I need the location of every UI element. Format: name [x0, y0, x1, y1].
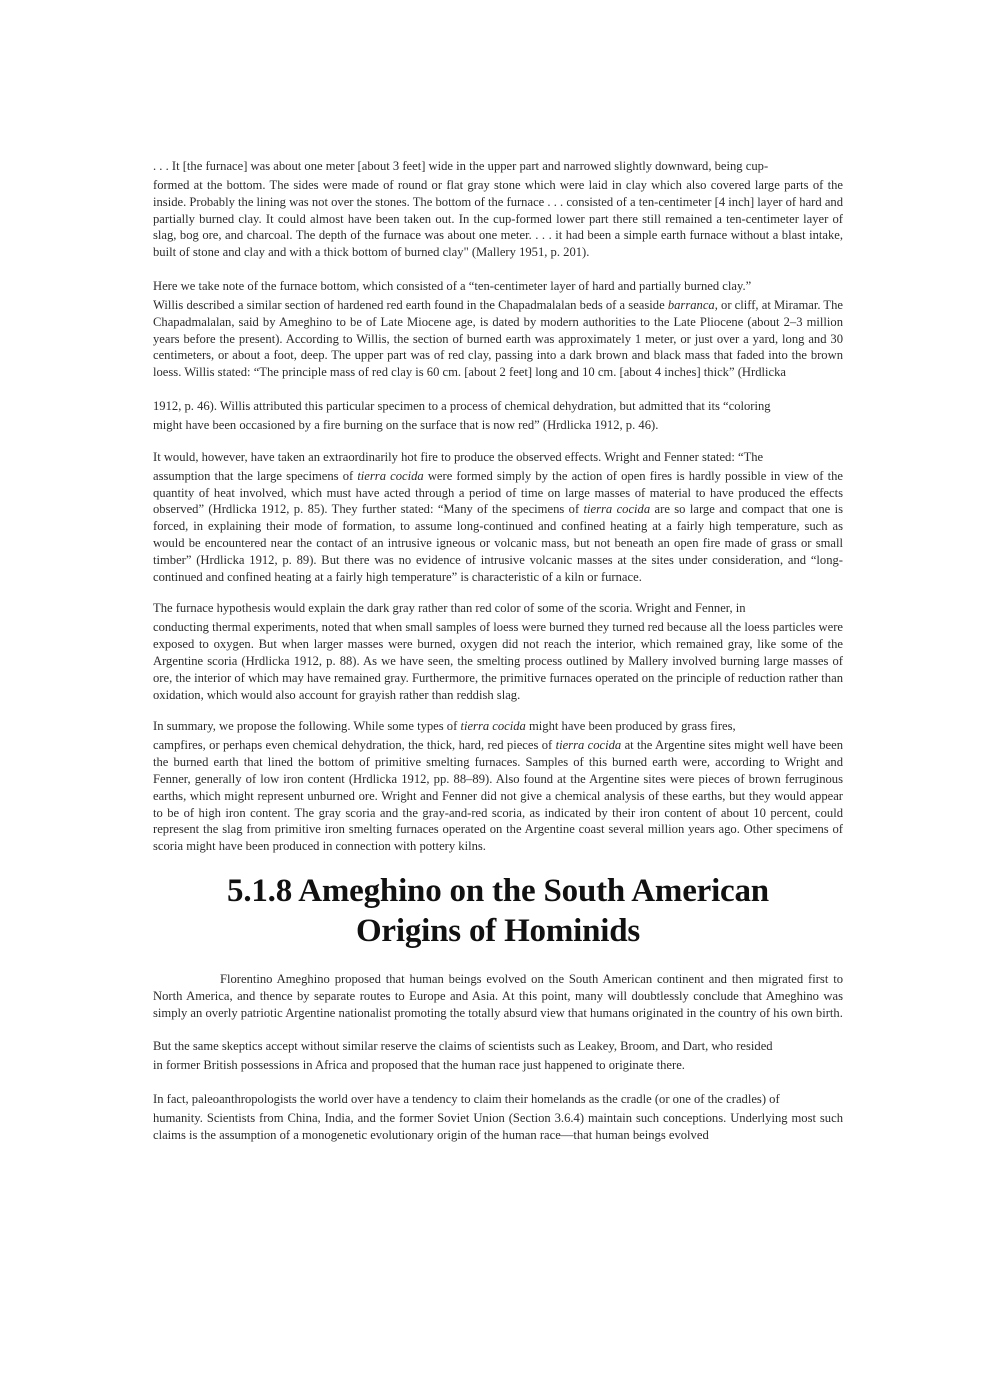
italic-term: barranca: [668, 298, 715, 312]
paragraph-lead-line: It would, however, have taken an extraor…: [153, 446, 843, 468]
paragraph-body: might have been occasioned by a fire bur…: [153, 418, 658, 432]
paragraph-body: assumption that the large specimens of: [153, 469, 357, 483]
italic-term: tierra cocida: [556, 738, 622, 752]
italic-term: tierra cocida: [460, 719, 525, 733]
paragraph-lead-line: 1912, p. 46). Willis attributed this par…: [153, 395, 843, 417]
paragraph-willis-continued: 1912, p. 46). Willis attributed this par…: [153, 395, 843, 434]
paragraph-lead-line: . . . It [the furnace] was about one met…: [153, 155, 843, 177]
section-heading: 5.1.8 Ameghino on the South American Ori…: [153, 871, 843, 951]
paragraph-wright-fenner: It would, however, have taken an extraor…: [153, 446, 843, 586]
section-heading-line-1: 5.1.8 Ameghino on the South American: [227, 873, 769, 909]
paragraph-lead-line: Here we take note of the furnace bottom,…: [153, 275, 843, 297]
paragraph-skeptics: But the same skeptics accept without sim…: [153, 1035, 843, 1074]
paragraph-lead-line: In summary, we propose the following. Wh…: [153, 715, 843, 737]
paragraph-body: formed at the bottom. The sides were mad…: [153, 178, 843, 259]
paragraph-ameghino-intro: Florentino Ameghino proposed that human …: [153, 971, 843, 1021]
paragraph-lead-line: The furnace hypothesis would explain the…: [153, 597, 843, 619]
paragraph-summary: In summary, we propose the following. Wh…: [153, 715, 843, 855]
section-heading-line-2: Origins of Hominids: [356, 913, 640, 949]
paragraph-body: campfires, or perhaps even chemical dehy…: [153, 738, 556, 752]
paragraph-quote-mallery: . . . It [the furnace] was about one met…: [153, 155, 843, 261]
italic-term: tierra cocida: [584, 502, 651, 516]
paragraph-body: in former British possessions in Africa …: [153, 1058, 685, 1072]
paragraph-willis: Here we take note of the furnace bottom,…: [153, 275, 843, 381]
document-page: . . . It [the furnace] was about one met…: [153, 155, 843, 1144]
lead-text: might have been produced by grass fires,: [526, 719, 736, 733]
paragraph-lead-line: In fact, paleoanthropologists the world …: [153, 1088, 843, 1110]
italic-term: tierra cocida: [357, 469, 423, 483]
paragraph-lead-line: But the same skeptics accept without sim…: [153, 1035, 843, 1057]
paragraph-furnace-hypothesis: The furnace hypothesis would explain the…: [153, 597, 843, 703]
paragraph-body: Willis described a similar section of ha…: [153, 298, 668, 312]
paragraph-body: at the Argentine sites might well have b…: [153, 738, 843, 853]
lead-text: In summary, we propose the following. Wh…: [153, 719, 460, 733]
paragraph-body: conducting thermal experiments, noted th…: [153, 620, 843, 701]
paragraph-paleoanthropologists: In fact, paleoanthropologists the world …: [153, 1088, 843, 1144]
paragraph-body: humanity. Scientists from China, India, …: [153, 1111, 843, 1142]
